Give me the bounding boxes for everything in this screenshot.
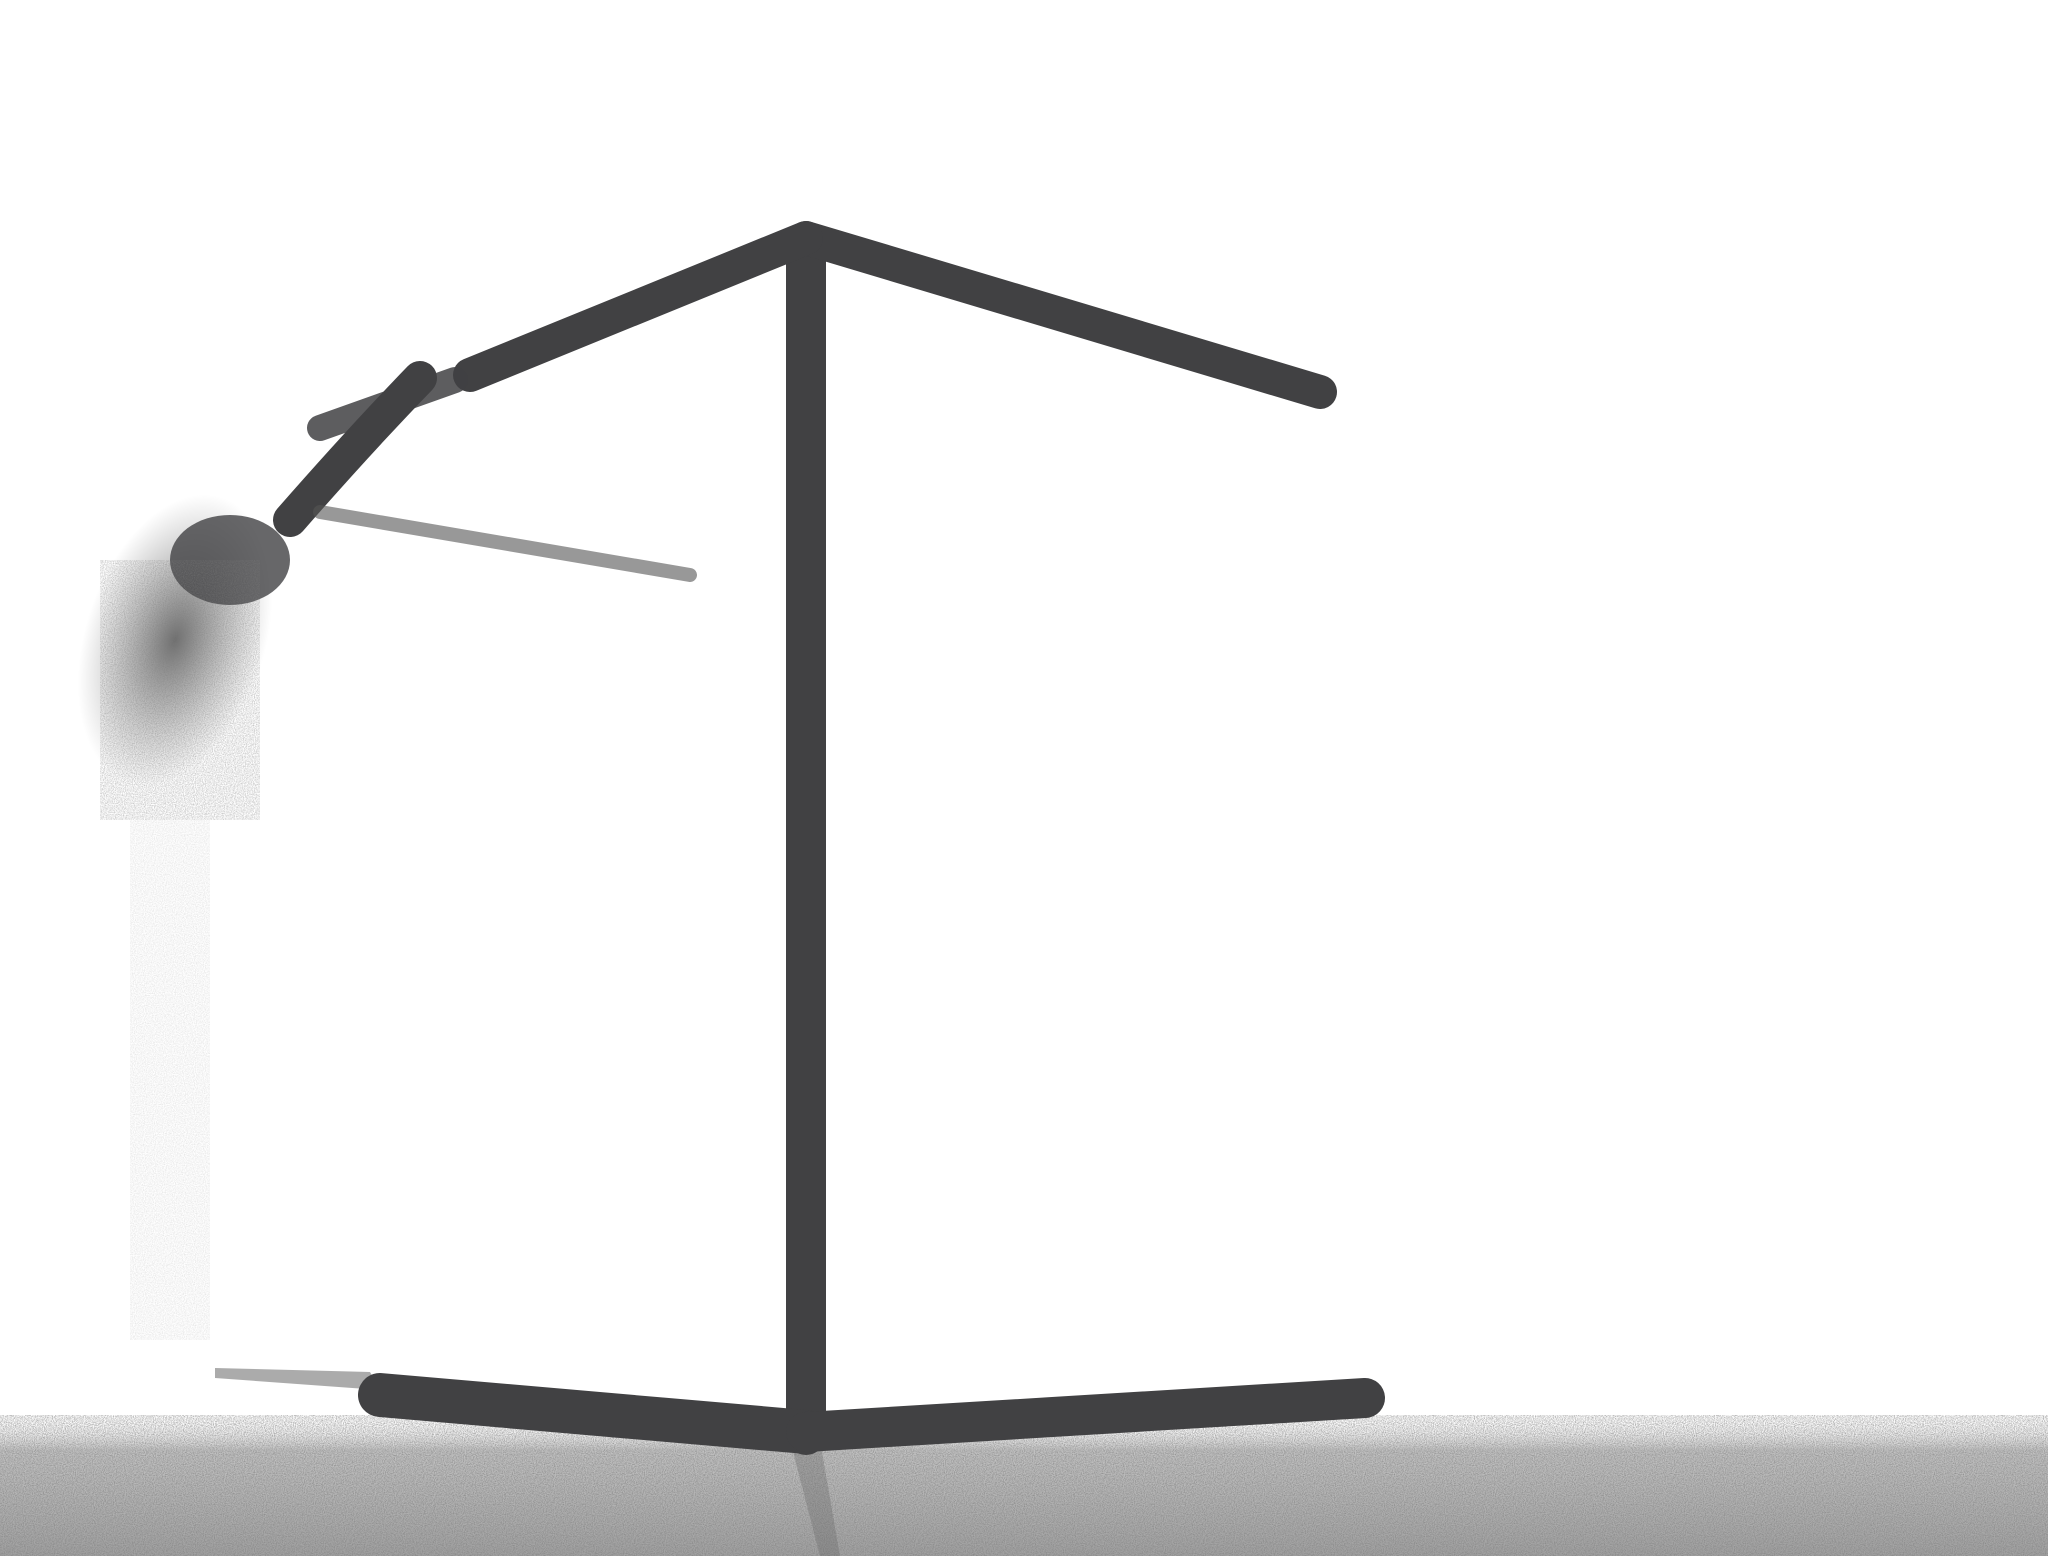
paint-brush (43, 378, 690, 820)
base-shadow (215, 1368, 380, 1390)
painted-cube-edges (380, 238, 1365, 1435)
photo-scene (0, 0, 2048, 1556)
motion-blur (130, 820, 210, 1340)
